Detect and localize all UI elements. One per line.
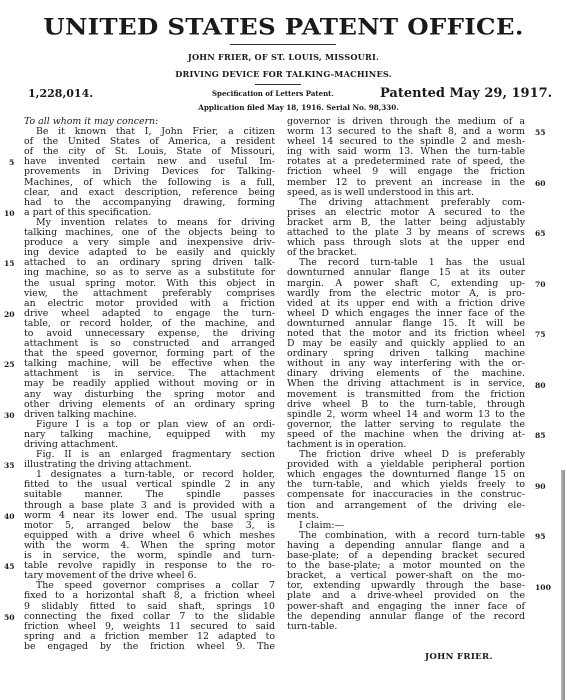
paragraph: The record turn-table 1 has the usualdow… (287, 258, 525, 450)
paragraph: The friction drive wheel D is preferably… (287, 450, 525, 521)
left-column: To all whom it may concern:Be it known t… (24, 117, 275, 652)
text-line: tion and arrangement of the driving ele- (287, 501, 525, 511)
line-number: 30 (4, 411, 15, 420)
paragraph: Figure I is a top or plan view of an ord… (24, 420, 275, 450)
subtitle-rule (255, 84, 301, 85)
line-number: 25 (4, 360, 15, 369)
patent-number: 1,228,014. (28, 87, 93, 100)
office-title: UNITED STATES PATENT OFFICE. (0, 13, 567, 40)
line-number: 95 (535, 532, 546, 541)
text-line: turn-table. (287, 622, 525, 632)
title-rule (230, 44, 336, 45)
line-number: 10 (4, 209, 15, 218)
line-number: 55 (535, 128, 546, 137)
paragraph: 1 designates a turn-table, or record hol… (24, 470, 275, 581)
paragraph: Be it known that I, John Frier, a citize… (24, 127, 275, 218)
line-number: 50 (4, 613, 15, 622)
line-number: 5 (9, 158, 14, 167)
application-filed: Application filed May 18, 1916. Serial N… (0, 103, 567, 112)
line-number: 35 (4, 461, 15, 470)
line-number: 60 (535, 179, 546, 188)
line-number: 85 (535, 431, 546, 440)
signature: JOHN FRIER. (425, 652, 493, 662)
invention-title: DRIVING DEVICE FOR TALKING-MACHINES. (0, 69, 567, 79)
line-number: 80 (535, 381, 546, 390)
line-number: 45 (4, 562, 15, 571)
paragraph: governor is driven through the medium of… (287, 117, 525, 198)
line-number: 70 (535, 280, 546, 289)
line-number: 40 (4, 512, 15, 521)
paragraph: My invention relates to means for drivin… (24, 218, 275, 420)
line-number: 20 (4, 310, 15, 319)
line-number: 100 (535, 583, 551, 592)
inventor-line: JOHN FRIER, OF ST. LOUIS, MISSOURI. (0, 52, 567, 62)
text-line: downturned annular flange 15 at its oute… (287, 268, 525, 278)
specification-label: Specification of Letters Patent. (212, 89, 334, 98)
line-number: 65 (535, 229, 546, 238)
paragraph: Fig. II is an enlarged fragmentary secti… (24, 450, 275, 470)
right-column: governor is driven through the medium of… (287, 117, 525, 632)
text-line: fixed to a horizontal shaft 8, a frictio… (24, 591, 275, 601)
text-line: be engaged by the friction wheel 9. The (24, 642, 275, 652)
paragraph: The driving attachment preferably com-pr… (287, 198, 525, 259)
paragraph: The speed governor comprises a collar 7f… (24, 581, 275, 652)
scan-edge (561, 470, 565, 700)
patent-page: UNITED STATES PATENT OFFICE. JOHN FRIER,… (0, 0, 567, 700)
line-number: 90 (535, 482, 546, 491)
line-number: 75 (535, 330, 546, 339)
line-number: 15 (4, 259, 15, 268)
text-line: ing machine, so as to serve as a substit… (24, 268, 275, 278)
patented-date: Patented May 29, 1917. (380, 86, 552, 101)
text-line: plate and a drive-wheel provided on the (287, 591, 525, 601)
paragraph: The combination, with a record turn-tabl… (287, 531, 525, 632)
